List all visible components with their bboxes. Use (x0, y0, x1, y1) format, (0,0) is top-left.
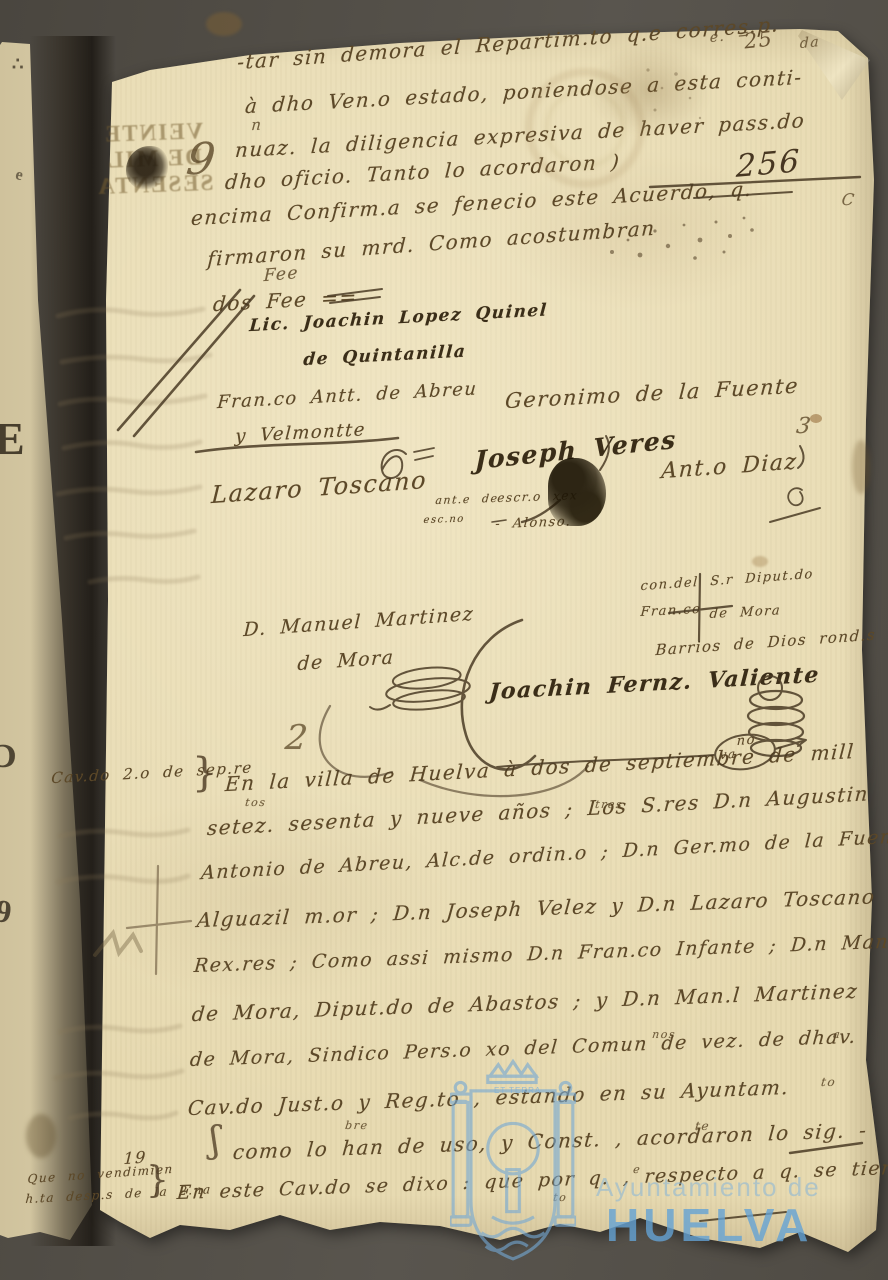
handwritten-line: de Mora (709, 603, 782, 622)
assessment-amount: 256 (735, 143, 801, 185)
handwritten-line: ant.e de (435, 492, 499, 507)
handwritten-line: e (13, 166, 25, 185)
handwritten-line: Fran.co (640, 602, 702, 620)
handwriting-layer: e. =da-tar sin demora el Repartim.to q.e… (0, 0, 888, 1280)
handwritten-line: C (841, 190, 857, 209)
handwritten-line: Cav.do Just.o y Reg.to , estando en su A… (187, 1075, 790, 1120)
handwritten-line: Cav.do 2.o de sep.re (51, 758, 254, 787)
handwritten-line: da (800, 34, 820, 52)
handwritten-line: Rex.res ; Como assi mismo D.n Fran.co In… (193, 930, 888, 977)
handwritten-line: } (146, 1160, 169, 1201)
handwritten-line: de Mora (297, 646, 395, 675)
handwritten-line: } (192, 750, 217, 796)
handwritten-line: Ant.o Diaz (661, 449, 799, 484)
handwritten-line: Lazaro Toscano (211, 466, 428, 509)
handwritten-line: E (0, 412, 25, 465)
handwritten-line: ʃ (210, 1120, 220, 1161)
handwritten-line: to (820, 1075, 837, 1089)
handwritten-line: de Quintanilla (303, 341, 467, 370)
handwritten-line: Barrios de Dios rond.s (655, 626, 877, 660)
manuscript-scan: VEINTE DE MIL SESENTA (0, 0, 888, 1280)
handwritten-line: Fran.co Antt. de Abreu (217, 378, 479, 413)
handwritten-line: En este Cav.do se dixo : que por q. , re… (176, 1156, 888, 1204)
handwritten-line: bre (344, 1119, 369, 1132)
folio-number: 25 (743, 27, 774, 54)
handwritten-line: -tar sin demora el Repartim.to q.e corre… (237, 12, 780, 74)
handwritten-line: 2 (283, 718, 311, 758)
handwritten-line: 3 (795, 414, 814, 439)
handwritten-line: 9 (184, 134, 220, 185)
handwritten-line: escr.o xex (497, 488, 579, 505)
handwritten-line: esc.no (423, 514, 465, 526)
handwritten-line: Ɔ (0, 738, 17, 776)
handwritten-line: Alguazil m.or ; D.n Joseph Velez y D.n L… (196, 884, 877, 932)
handwritten-line: Joseph Veres (474, 425, 676, 475)
handwritten-line: to (552, 1191, 568, 1204)
handwritten-line: ∴ (12, 54, 23, 75)
handwritten-line: y Velmontte (235, 419, 367, 447)
handwritten-line: 9 (0, 892, 14, 931)
handwritten-line: de Mora, Diput.do de Abastos ; y D.n Man… (191, 979, 859, 1026)
handwritten-line: à dho Ven.o estado, poniendose a esta co… (244, 65, 803, 118)
handwritten-line: Joachin Fernz. Valiente (488, 662, 821, 705)
handwritten-line: tos (244, 796, 267, 809)
handwritten-line: Fee (263, 263, 299, 286)
handwritten-line: n (251, 115, 263, 134)
handwritten-line: con.del S.r Diput.do (640, 567, 814, 594)
handwritten-line: - Alonso. (495, 514, 572, 532)
handwritten-line: D. Manuel Martinez (243, 603, 475, 641)
handwritten-line: Geronimo de la Fuente (504, 374, 800, 414)
handwritten-line: como lo han de uso, y Const. , acordaron… (232, 1118, 869, 1164)
handwritten-line: de Mora, Sindico Pers.o xo del Comun de … (189, 1026, 858, 1071)
